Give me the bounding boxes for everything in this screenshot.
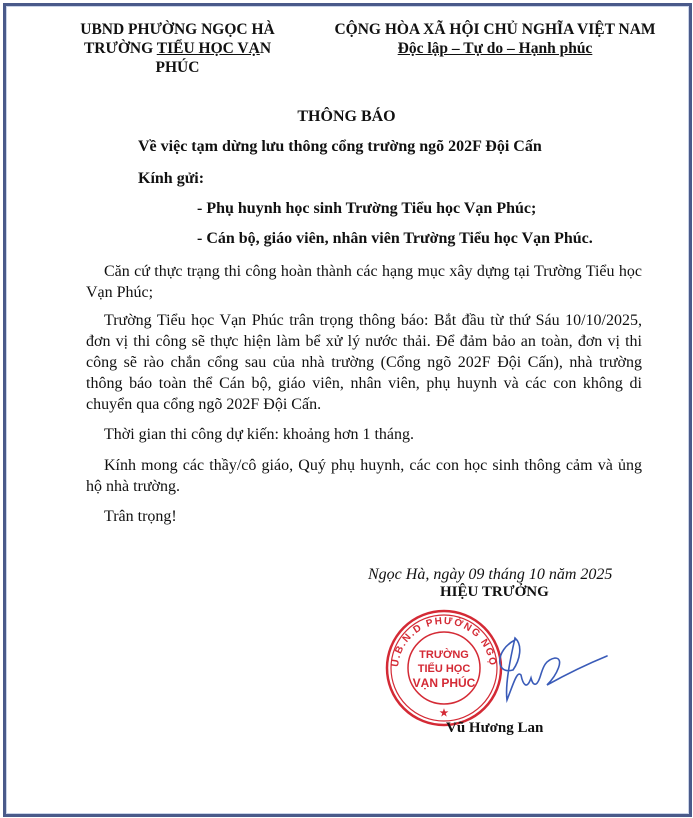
notice-title: THÔNG BÁO	[0, 108, 693, 126]
national-motto: Độc lập – Tự do – Hạnh phúc	[398, 40, 593, 57]
body-paragraph: Thời gian thi công dự kiến: khoảng hơn 1…	[86, 424, 642, 445]
national-title: CỘNG HÒA XÃ HỘI CHỦ NGHĨA VIỆT NAM	[330, 20, 660, 39]
signature-mark	[485, 630, 610, 710]
svg-text:VẠN PHÚC: VẠN PHÚC	[413, 675, 476, 690]
issuer-school: TRƯỜNG TIỂU HỌC VẠN PHÚC	[70, 39, 285, 77]
issuer-header: UBND PHƯỜNG NGỌC HÀ TRƯỜNG TIỂU HỌC VẠN …	[70, 20, 285, 77]
recipient-item: - Cán bộ, giáo viên, nhân viên Trường Ti…	[197, 230, 593, 248]
svg-text:TIỂU HỌC: TIỂU HỌC	[418, 662, 471, 675]
notice-subject: Về việc tạm dừng lưu thông cổng trường n…	[138, 138, 542, 156]
national-header: CỘNG HÒA XÃ HỘI CHỦ NGHĨA VIỆT NAM Độc l…	[330, 20, 660, 58]
signer-role: HIỆU TRƯỞNG	[440, 584, 549, 601]
recipient-item: - Phụ huynh học sinh Trường Tiểu học Vạn…	[197, 200, 536, 218]
svg-text:★: ★	[440, 708, 449, 719]
issuer-authority: UBND PHƯỜNG NGỌC HÀ	[70, 20, 285, 39]
body-paragraph: Trường Tiểu học Vạn Phúc trân trọng thôn…	[86, 310, 642, 415]
svg-text:TRƯỜNG: TRƯỜNG	[419, 648, 469, 661]
signer-name: Vũ Hương Lan	[446, 720, 543, 737]
body-paragraph: Căn cứ thực trạng thi công hoàn thành cá…	[86, 261, 642, 303]
salutation: Kính gửi:	[138, 170, 204, 188]
place-date: Ngọc Hà, ngày 09 tháng 10 năm 2025	[368, 566, 612, 584]
body-paragraph: Kính mong các thầy/cô giáo, Quý phụ huyn…	[86, 455, 642, 497]
closing: Trân trọng!	[86, 506, 642, 527]
